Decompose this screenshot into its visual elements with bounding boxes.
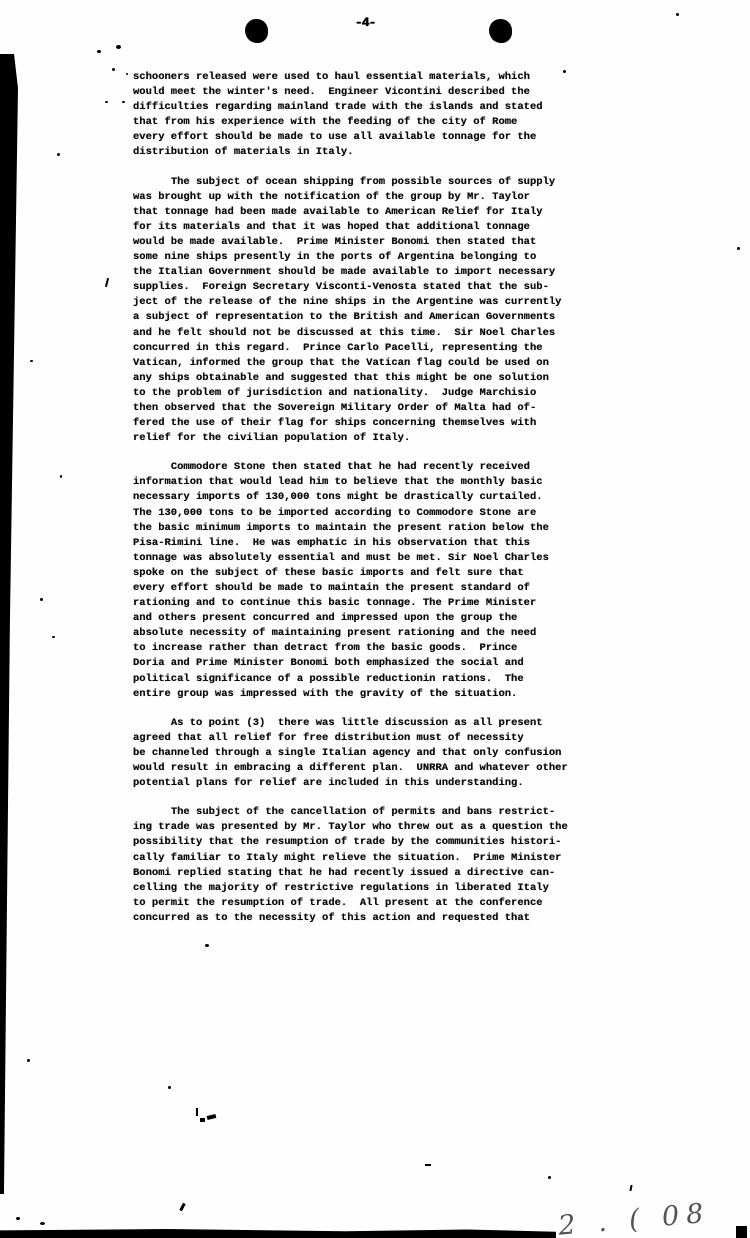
scan-speck	[207, 1114, 217, 1120]
paragraph-point-3: As to point (3) there was little discuss…	[133, 716, 599, 791]
page-number: -4-	[327, 15, 403, 30]
hole-punch-right	[489, 19, 512, 43]
scan-speck	[676, 13, 679, 16]
scan-speck	[629, 1185, 632, 1191]
scan-speck	[548, 1176, 551, 1179]
scan-speck	[126, 73, 128, 75]
scan-artifact-bottom-edge	[0, 1229, 556, 1238]
scan-artifact-left-edge	[0, 54, 18, 1194]
scan-speck	[205, 944, 209, 947]
scan-speck	[27, 1059, 30, 1062]
scan-speck	[97, 50, 101, 53]
scan-artifact-corner-mark	[736, 1226, 747, 1238]
paragraph-schooners: schooners released were used to haul ess…	[133, 70, 599, 161]
scan-speck	[57, 153, 60, 156]
scan-speck	[60, 475, 62, 478]
paragraph-ocean-shipping: The subject of ocean shipping from possi…	[133, 175, 599, 447]
scan-speck	[425, 1164, 431, 1166]
hole-punch-left	[245, 19, 268, 43]
scan-speck	[563, 70, 566, 73]
scan-speck	[196, 1108, 198, 1116]
scan-speck	[122, 101, 125, 103]
scan-speck	[40, 1222, 45, 1225]
scan-speck	[40, 598, 43, 601]
scan-speck	[200, 1118, 205, 1122]
document-body: schooners released were used to haul ess…	[133, 70, 599, 940]
handwritten-annotation: 2 . ( 08	[557, 1195, 739, 1238]
scan-speck	[105, 101, 108, 103]
scan-speck	[52, 636, 55, 638]
scan-speck	[116, 45, 121, 49]
scan-speck	[179, 1203, 185, 1211]
scanned-page: -4- schooners released were used to haul…	[0, 0, 750, 1238]
scan-speck	[737, 247, 740, 250]
scan-speck	[105, 278, 109, 287]
scan-speck	[168, 1086, 171, 1089]
scan-speck	[16, 1217, 20, 1220]
scan-speck	[112, 68, 115, 71]
paragraph-cancellation-permits: The subject of the cancellation of permi…	[133, 805, 599, 926]
paragraph-commodore-stone: Commodore Stone then stated that he had …	[133, 460, 599, 702]
scan-speck	[30, 360, 33, 362]
